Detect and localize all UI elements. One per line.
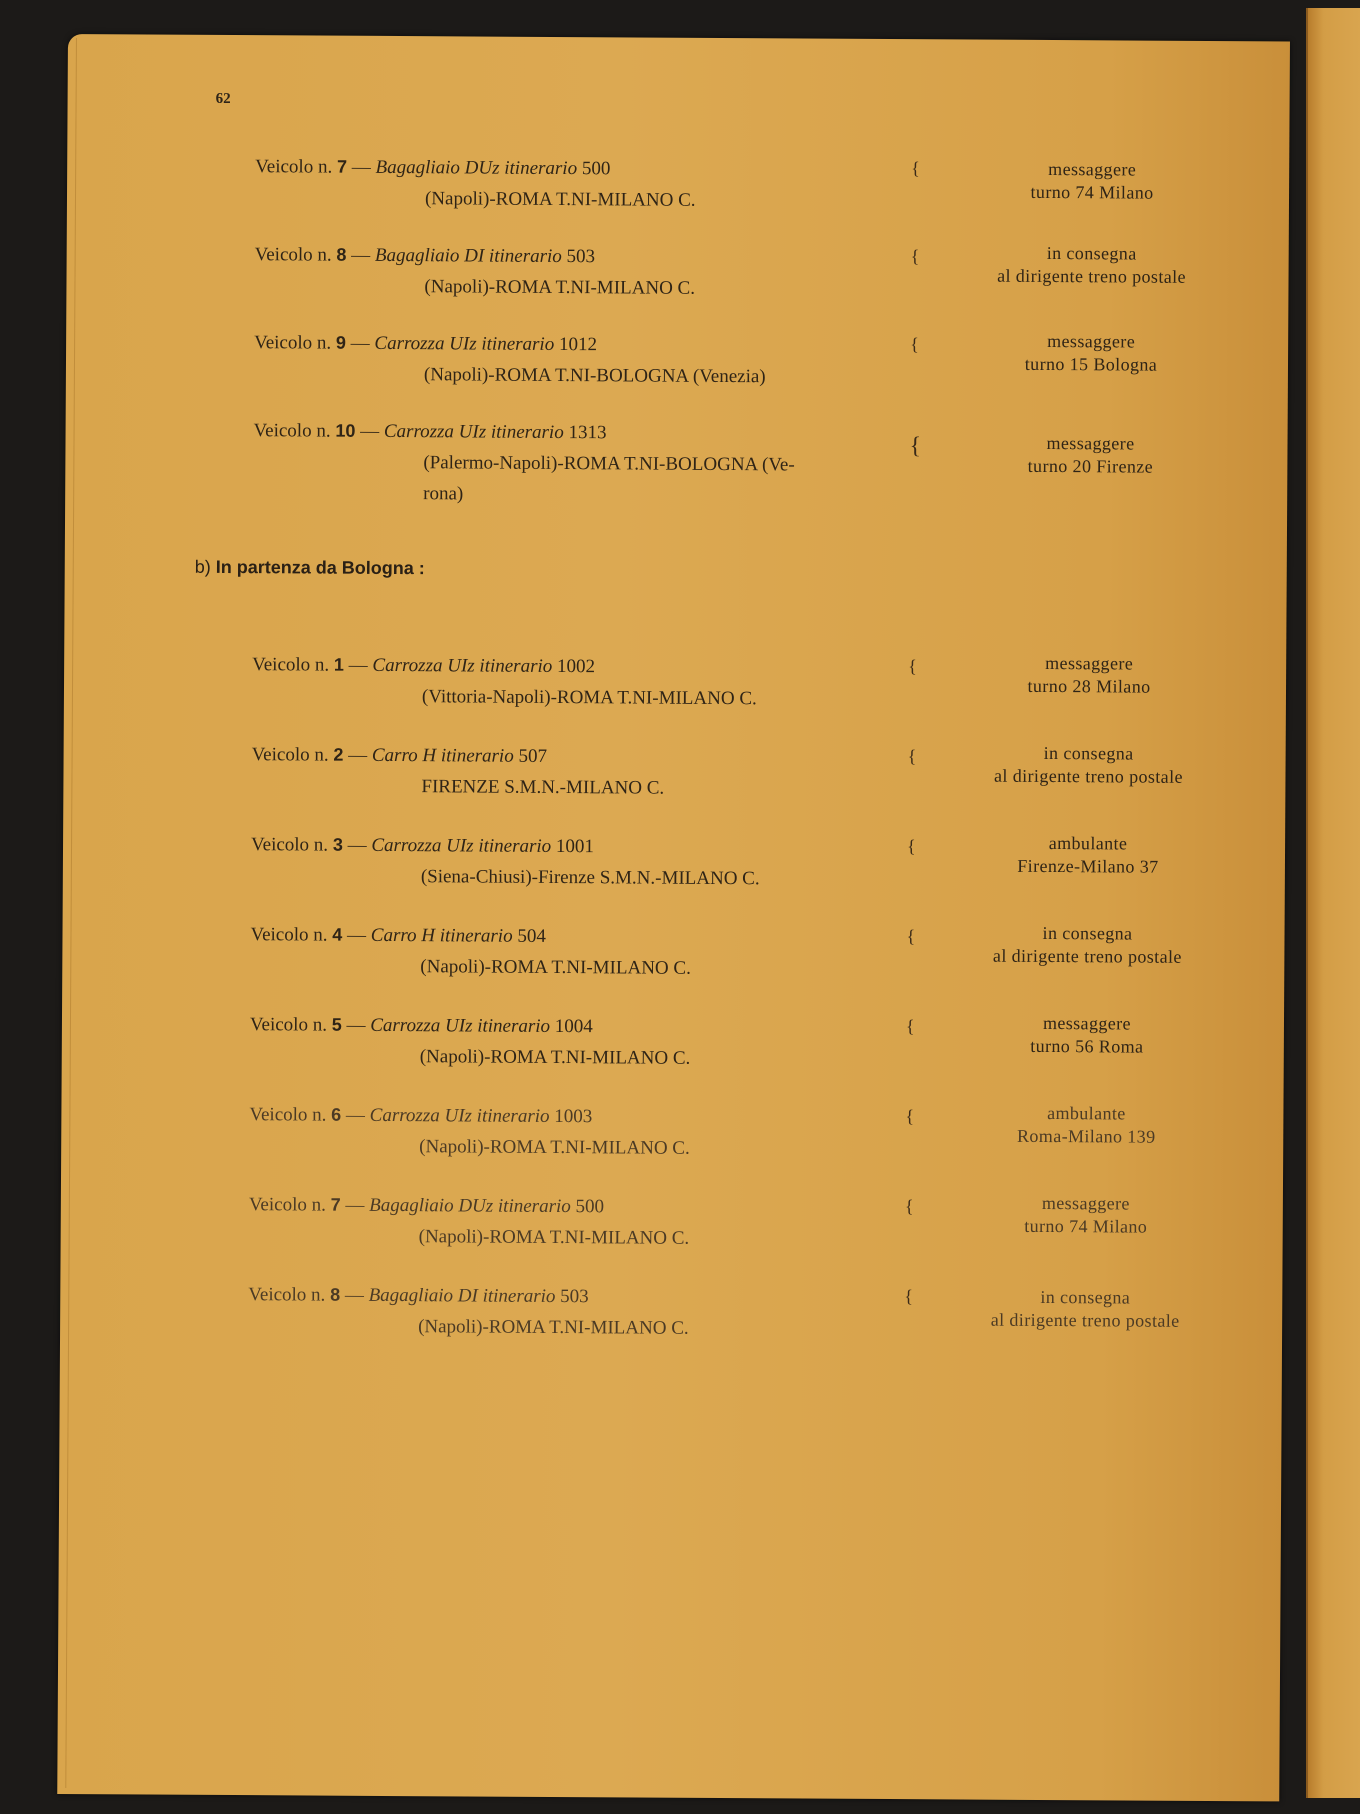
vehicle-description: Veicolo n. 3 — Carrozza UIz itinerario 1… bbox=[251, 829, 760, 894]
vehicle-type: Carro H itinerario bbox=[371, 925, 513, 947]
vehicle-number: 5 bbox=[332, 1015, 342, 1035]
dash: — bbox=[360, 421, 379, 442]
vehicle-description: Veicolo n. 1 — Carrozza UIz itinerario 1… bbox=[252, 649, 757, 714]
itinerary-number: 504 bbox=[517, 926, 546, 947]
assignment-line1: messaggere bbox=[922, 1011, 1252, 1036]
route: (Napoli)-ROMA T.NI-MILANO C. bbox=[250, 950, 691, 984]
vehicle-description: Veicolo n. 2 — Carro H itinerario 507 FI… bbox=[251, 739, 664, 804]
vehicle-entry: Veicolo n. 10 — Carrozza UIz itinerario … bbox=[66, 414, 1288, 421]
vehicle-entry: Veicolo n. 6 — Carrozza UIz itinerario 1… bbox=[62, 1098, 1284, 1105]
assignment-line1: messaggere bbox=[921, 1191, 1251, 1216]
vehicle-number: 8 bbox=[330, 1285, 340, 1305]
brace-icon: { bbox=[906, 925, 915, 947]
vehicle-label: Veicolo n. bbox=[252, 654, 329, 675]
vehicle-description: Veicolo n. 4 — Carro H itinerario 504 (N… bbox=[250, 919, 691, 984]
section-heading: b) In partenza da Bologna : bbox=[195, 557, 425, 579]
brace-icon: { bbox=[907, 835, 916, 857]
itinerary-number: 500 bbox=[575, 1196, 604, 1217]
route: (Napoli)-ROMA T.NI-MILANO C. bbox=[249, 1130, 690, 1164]
assignment-line1: messaggere bbox=[927, 157, 1257, 182]
section-title: In partenza da Bologna : bbox=[216, 557, 425, 578]
vehicle-entry: Veicolo n. 3 — Carrozza UIz itinerario 1… bbox=[63, 828, 1285, 835]
vehicle-label: Veicolo n. bbox=[254, 332, 331, 353]
vehicle-description: Veicolo n. 7 — Bagagliaio DUz itinerario… bbox=[255, 151, 696, 216]
assignment: messaggere turno 28 Milano bbox=[924, 651, 1254, 699]
route: (Siena-Chiusi)-Firenze S.M.N.-MILANO C. bbox=[251, 860, 760, 894]
itinerary-number: 507 bbox=[518, 746, 547, 767]
assignment-line2: Firenze-Milano 37 bbox=[923, 854, 1253, 879]
vehicle-label: Veicolo n. bbox=[249, 1104, 326, 1125]
vehicle-number: 4 bbox=[332, 925, 342, 945]
vehicle-entry: Veicolo n. 8 — Bagagliaio DI itinerario … bbox=[60, 1278, 1282, 1285]
assignment-line2: turno 15 Bologna bbox=[926, 352, 1256, 377]
assignment-line2: turno 74 Milano bbox=[921, 1214, 1251, 1239]
assignment-line1: in consegna bbox=[922, 921, 1252, 946]
assignment-line2: turno 28 Milano bbox=[924, 674, 1254, 699]
vehicle-entry: Veicolo n. 5 — Carrozza UIz itinerario 1… bbox=[62, 1008, 1284, 1015]
dash: — bbox=[348, 835, 367, 856]
vehicle-label: Veicolo n. bbox=[250, 924, 327, 945]
assignment: ambulante Roma-Milano 139 bbox=[921, 1101, 1251, 1149]
vehicle-type: Bagagliaio DI itinerario bbox=[369, 1285, 556, 1307]
brace-icon: { bbox=[908, 745, 917, 767]
assignment: ambulante Firenze-Milano 37 bbox=[923, 831, 1253, 879]
assignment-line2: al dirigente treno postale bbox=[926, 264, 1256, 289]
brace-icon: { bbox=[911, 245, 920, 267]
vehicle-description: Veicolo n. 10 — Carrozza UIz itinerario … bbox=[253, 415, 795, 511]
dash: — bbox=[345, 1285, 364, 1306]
vehicle-label: Veicolo n. bbox=[254, 420, 331, 441]
vehicle-entry: Veicolo n. 7 — Bagagliaio DUz itinerario… bbox=[61, 1188, 1283, 1195]
vehicle-number: 6 bbox=[331, 1105, 341, 1125]
vehicle-type: Carrozza UIz itinerario bbox=[371, 835, 551, 857]
assignment-line1: messaggere bbox=[926, 329, 1256, 354]
vehicle-entry: Veicolo n. 2 — Carro H itinerario 507 FI… bbox=[64, 738, 1286, 745]
assignment-line2: Roma-Milano 139 bbox=[921, 1124, 1251, 1149]
vehicle-entry: Veicolo n. 4 — Carro H itinerario 504 (N… bbox=[63, 918, 1285, 925]
vehicle-description: Veicolo n. 6 — Carrozza UIz itinerario 1… bbox=[249, 1099, 690, 1164]
vehicle-number: 10 bbox=[335, 421, 355, 441]
brace-icon: { bbox=[906, 1015, 915, 1037]
itinerary-number: 1003 bbox=[554, 1106, 592, 1127]
vehicle-description: Veicolo n. 7 — Bagagliaio DUz itinerario… bbox=[249, 1189, 690, 1254]
dash: — bbox=[349, 655, 368, 676]
brace-icon: { bbox=[909, 431, 921, 461]
itinerary-number: 1012 bbox=[559, 334, 597, 355]
assignment-line2: al dirigente treno postale bbox=[920, 1308, 1250, 1333]
assignment-line1: ambulante bbox=[921, 1101, 1251, 1126]
itinerary-number: 503 bbox=[566, 246, 595, 267]
vehicle-number: 3 bbox=[333, 835, 343, 855]
vehicle-label: Veicolo n. bbox=[248, 1284, 325, 1305]
vehicle-type: Bagagliaio DUz itinerario bbox=[369, 1195, 571, 1217]
assignment: in consegna al dirigente treno postale bbox=[920, 1285, 1250, 1333]
assignment: in consegna al dirigente treno postale bbox=[922, 921, 1252, 969]
vehicle-type: Carrozza UIz itinerario bbox=[370, 1015, 550, 1037]
vehicle-type: Carrozza UIz itinerario bbox=[370, 1105, 550, 1127]
itinerary-number: 1004 bbox=[555, 1016, 593, 1037]
vehicle-number: 7 bbox=[337, 157, 347, 177]
route: FIRENZE S.M.N.-MILANO C. bbox=[251, 770, 664, 804]
brace-icon: { bbox=[910, 333, 919, 355]
assignment: messaggere turno 74 Milano bbox=[927, 157, 1257, 205]
vehicle-number: 1 bbox=[334, 655, 344, 675]
dash: — bbox=[351, 333, 370, 354]
assignment: messaggere turno 20 Firenze bbox=[925, 431, 1255, 479]
vehicle-description: Veicolo n. 8 — Bagagliaio DI itinerario … bbox=[248, 1279, 689, 1344]
vehicle-entry: Veicolo n. 8 — Bagagliaio DI itinerario … bbox=[67, 238, 1289, 245]
assignment-line1: ambulante bbox=[923, 831, 1253, 856]
assignment-line1: messaggere bbox=[925, 431, 1255, 456]
section-marker: b) bbox=[195, 557, 211, 577]
vehicle-label: Veicolo n. bbox=[255, 156, 332, 177]
brace-icon: { bbox=[905, 1195, 914, 1217]
assignment-line2: turno 56 Roma bbox=[922, 1034, 1252, 1059]
dash: — bbox=[348, 745, 367, 766]
vehicle-type: Carrozza UIz itinerario bbox=[374, 333, 554, 355]
brace-icon: { bbox=[911, 157, 920, 179]
book-page: 62 Veicolo n. 7 — Bagagliaio DUz itinera… bbox=[57, 34, 1290, 1801]
assignment: in consegna al dirigente treno postale bbox=[926, 241, 1256, 289]
vehicle-type: Bagagliaio DUz itinerario bbox=[375, 157, 577, 179]
assignment-line2: turno 20 Firenze bbox=[925, 454, 1255, 479]
brace-icon: { bbox=[908, 655, 917, 677]
page-number: 62 bbox=[216, 91, 231, 108]
route: (Napoli)-ROMA T.NI-MILANO C. bbox=[254, 270, 695, 304]
brace-icon: { bbox=[905, 1105, 914, 1127]
itinerary-number: 1313 bbox=[568, 422, 606, 443]
assignment: in consegna al dirigente treno postale bbox=[923, 741, 1253, 789]
vehicle-label: Veicolo n. bbox=[252, 744, 329, 765]
vehicle-number: 8 bbox=[336, 245, 346, 265]
route: (Palermo-Napoli)-ROMA T.NI-BOLOGNA (Ve- bbox=[253, 446, 795, 480]
vehicle-type: Carrozza UIz itinerario bbox=[372, 655, 552, 677]
vehicle-number: 9 bbox=[336, 333, 346, 353]
vehicle-number: 7 bbox=[331, 1195, 341, 1215]
route: (Napoli)-ROMA T.NI-BOLOGNA (Venezia) bbox=[254, 358, 766, 392]
vehicle-number: 2 bbox=[333, 745, 343, 765]
vehicle-type: Carro H itinerario bbox=[372, 745, 514, 767]
vehicle-label: Veicolo n. bbox=[255, 244, 332, 265]
assignment: messaggere turno 15 Bologna bbox=[926, 329, 1256, 377]
assignment: messaggere turno 74 Milano bbox=[921, 1191, 1251, 1239]
vehicle-description: Veicolo n. 5 — Carrozza UIz itinerario 1… bbox=[250, 1009, 691, 1074]
assignment-line2: turno 74 Milano bbox=[927, 180, 1257, 205]
vehicle-label: Veicolo n. bbox=[250, 1014, 327, 1035]
vehicle-description: Veicolo n. 8 — Bagagliaio DI itinerario … bbox=[254, 239, 695, 304]
assignment-line1: in consegna bbox=[924, 741, 1254, 766]
assignment-line2: al dirigente treno postale bbox=[923, 764, 1253, 789]
assignment-line2: al dirigente treno postale bbox=[922, 944, 1252, 969]
vehicle-type: Bagagliaio DI itinerario bbox=[375, 245, 562, 267]
vehicle-entry: Veicolo n. 7 — Bagagliaio DUz itinerario… bbox=[67, 150, 1289, 157]
route: (Napoli)-ROMA T.NI-MILANO C. bbox=[249, 1220, 690, 1254]
dash: — bbox=[352, 157, 371, 178]
assignment-line1: in consegna bbox=[927, 241, 1257, 266]
route: (Napoli)-ROMA T.NI-MILANO C. bbox=[255, 182, 696, 216]
vehicle-label: Veicolo n. bbox=[249, 1194, 326, 1215]
itinerary-number: 1001 bbox=[556, 836, 594, 857]
vehicle-label: Veicolo n. bbox=[251, 834, 328, 855]
itinerary-number: 1002 bbox=[557, 656, 595, 677]
itinerary-number: 503 bbox=[560, 1286, 589, 1307]
route: (Vittoria-Napoli)-ROMA T.NI-MILANO C. bbox=[252, 680, 757, 714]
dash: — bbox=[346, 1015, 365, 1036]
brace-icon: { bbox=[904, 1285, 913, 1307]
route-continuation: rona) bbox=[253, 477, 795, 511]
dash: — bbox=[347, 925, 366, 946]
assignment: messaggere turno 56 Roma bbox=[922, 1011, 1252, 1059]
dash: — bbox=[351, 245, 370, 266]
vehicle-type: Carrozza UIz itinerario bbox=[384, 421, 564, 443]
assignment-line1: in consegna bbox=[920, 1285, 1250, 1310]
adjacent-page-edge bbox=[1306, 8, 1360, 1798]
itinerary-number: 500 bbox=[582, 158, 611, 179]
vehicle-entry: Veicolo n. 9 — Carrozza UIz itinerario 1… bbox=[66, 326, 1288, 333]
vehicle-description: Veicolo n. 9 — Carrozza UIz itinerario 1… bbox=[254, 327, 766, 392]
route: (Napoli)-ROMA T.NI-MILANO C. bbox=[250, 1040, 691, 1074]
dash: — bbox=[345, 1195, 364, 1216]
vehicle-entry: Veicolo n. 1 — Carrozza UIz itinerario 1… bbox=[64, 648, 1286, 655]
dash: — bbox=[346, 1105, 365, 1126]
route: (Napoli)-ROMA T.NI-MILANO C. bbox=[248, 1310, 689, 1344]
assignment-line1: messaggere bbox=[924, 651, 1254, 676]
